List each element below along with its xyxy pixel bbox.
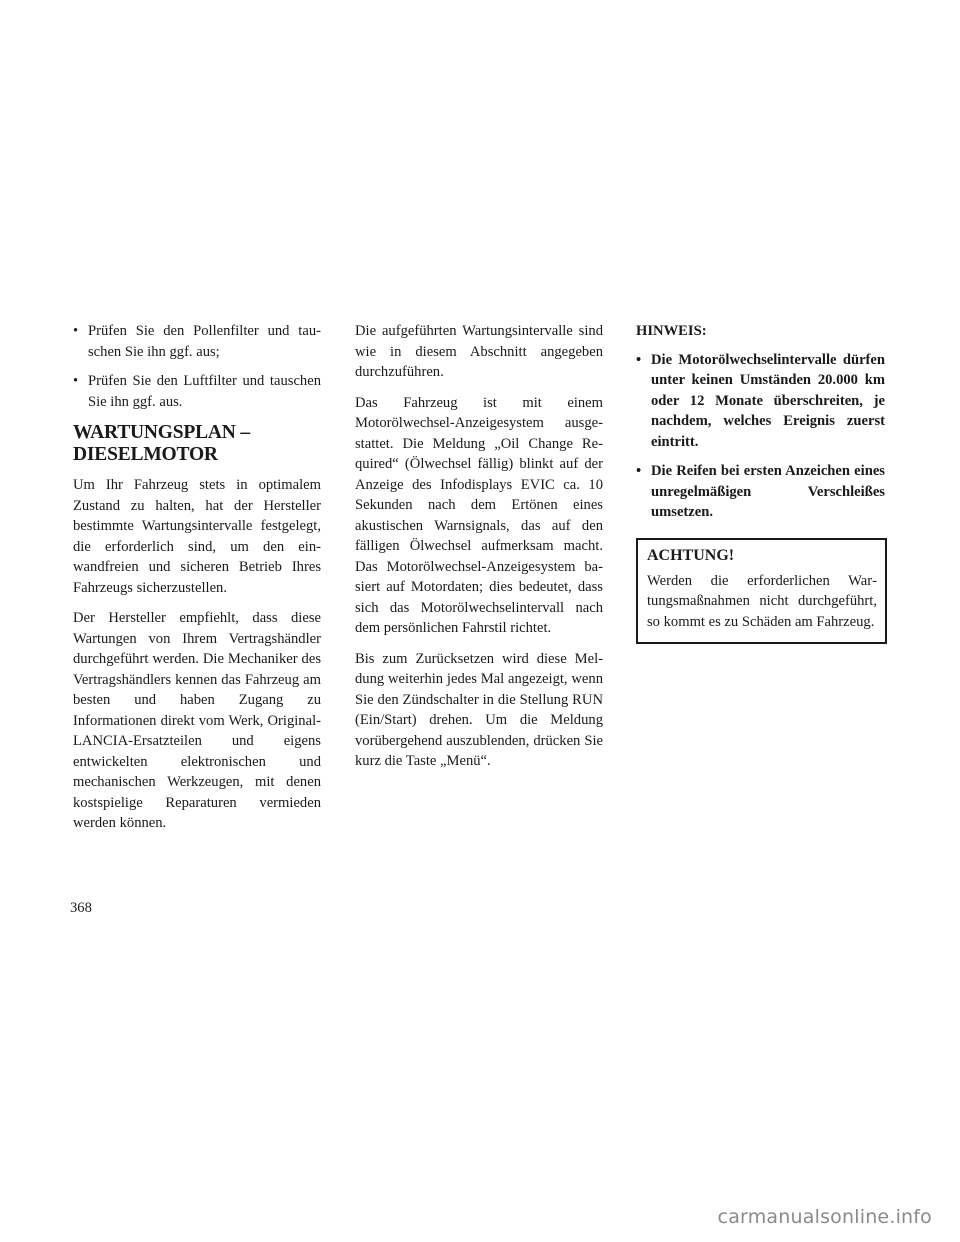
note-item-tire-rotation: • Die Reifen bei ersten Anzeichen eines …	[636, 461, 885, 523]
caution-box: ACHTUNG! Werden die erforderlichen War­t…	[636, 538, 887, 644]
note-bullet-list: • Die Motorölwechselintervalle dürfen un…	[636, 350, 885, 523]
bullet-item-air-filter: • Prüfen Sie den Luftfilter und tau­sche…	[73, 371, 321, 412]
bullet-text: Prüfen Sie den Pollenfilter und tau­sche…	[88, 323, 321, 360]
page-number: 368	[70, 900, 92, 917]
paragraph-intro: Um Ihr Fahrzeug stets in optimalem Zusta…	[73, 475, 321, 598]
paragraph-intervals: Die aufgeführten Wartungsintervalle sind…	[355, 321, 603, 383]
paragraph-reset-message: Bis zum Zurücksetzen wird diese Mel­dung…	[355, 649, 603, 772]
caution-title: ACHTUNG!	[647, 546, 877, 567]
note-text: Die Reifen bei ersten Anzeichen eines un…	[651, 463, 885, 520]
paragraph-dealer-recommendation: Der Hersteller empfiehlt, dass diese War…	[73, 608, 321, 834]
bullet-icon: •	[636, 350, 646, 371]
caution-text: Werden die erforderlichen War­tungsmaßna…	[647, 571, 877, 633]
note-item-oil-interval: • Die Motorölwechselintervalle dürfen un…	[636, 350, 885, 453]
maintenance-bullet-list: • Prüfen Sie den Pollenfilter und tau­sc…	[73, 321, 321, 412]
bullet-text: Prüfen Sie den Luftfilter und tau­schen …	[88, 373, 321, 410]
paragraph-oil-change-indicator: Das Fahrzeug ist mit einem Motorölwechse…	[355, 393, 603, 639]
bullet-icon: •	[73, 371, 83, 392]
bullet-item-pollen-filter: • Prüfen Sie den Pollenfilter und tau­sc…	[73, 321, 321, 362]
section-heading-line-1: WARTUNGSPLAN –	[73, 422, 250, 443]
column-3: HINWEIS: • Die Motorölwechselintervalle …	[636, 321, 885, 532]
section-heading-line-2: DIESELMOTOR	[73, 444, 218, 465]
bullet-icon: •	[73, 321, 83, 342]
column-2: Die aufgeführten Wartungsintervalle sind…	[355, 321, 603, 782]
note-text: Die Motorölwechselintervalle dürfen unte…	[651, 352, 885, 450]
column-1: • Prüfen Sie den Pollenfilter und tau­sc…	[73, 321, 321, 844]
watermark: carmanualsonline.info	[718, 1206, 932, 1228]
section-heading: WARTUNGSPLAN – DIESELMOTOR	[73, 422, 321, 466]
bullet-icon: •	[636, 461, 646, 482]
note-label: HINWEIS:	[636, 321, 885, 342]
